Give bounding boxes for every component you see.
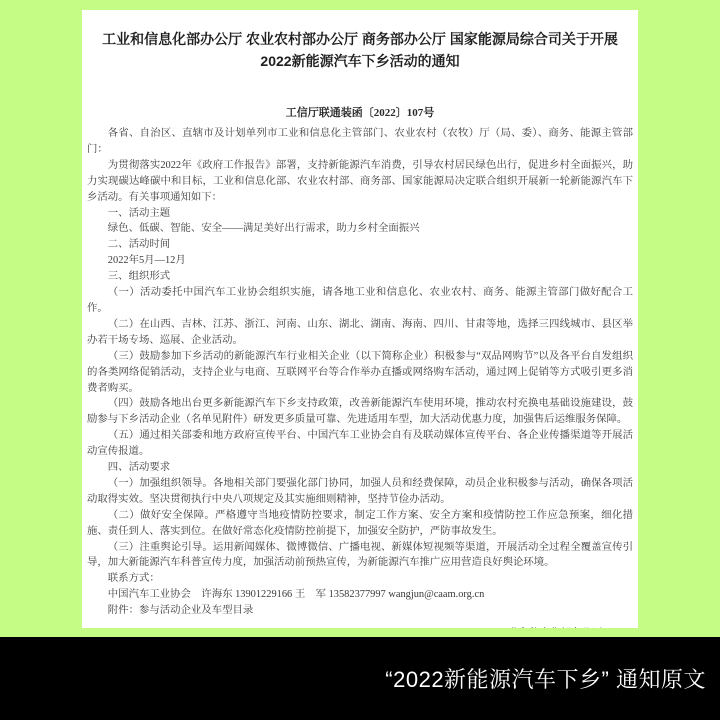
org-item-5: （五）通过相关部委和地方政府宣传平台、中国汽车工业协会自有及联动媒体宣传平台、各…: [87, 428, 633, 460]
theme-paragraph: 绿色、低碳、智能、安全——满足美好出行需求，助力乡村全面振兴: [87, 221, 633, 237]
document-number: 工信厅联通装函〔2022〕107号: [87, 106, 633, 120]
contact-line: 中国汽车工业协会 许海东 13901229166 王 军 13582377997…: [87, 587, 633, 603]
screenshot-root: 工业和信息化部办公厅 农业农村部办公厅 商务部办公厅 国家能源局综合司关于开展 …: [0, 0, 720, 720]
signature-block: 工业和信息化部办公厅 农业农村部办公厅 商务部办公厅 国家能源局综合司 2022…: [87, 626, 633, 628]
section-heading-2: 二、活动时间: [87, 237, 633, 253]
signature-line-1: 工业和信息化部办公厅: [87, 626, 602, 628]
org-item-2: （二）在山西、吉林、江苏、浙江、河南、山东、湖北、湖南、海南、四川、甘肃等地，选…: [87, 317, 633, 349]
notice-document-page: 工业和信息化部办公厅 农业农村部办公厅 商务部办公厅 国家能源局综合司关于开展 …: [82, 10, 638, 628]
requirement-item-3: （三）注重舆论引导。运用新闻媒体、微博微信、广播电视、新媒体短视频等渠道，开展活…: [87, 540, 633, 572]
requirement-item-1: （一）加强组织领导。各地相关部门要强化部门协同，加强人员和经费保障，动员企业积极…: [87, 476, 633, 508]
section-heading-1: 一、活动主题: [87, 206, 633, 222]
document-title-line2: 2022新能源汽车下乡活动的通知: [87, 50, 633, 72]
intro-paragraph: 为贯彻落实2022年《政府工作报告》部署，支持新能源汽车消费，引导农村居民绿色出…: [87, 158, 633, 206]
caption-text: “2022新能源汽车下乡” 通知原文: [385, 663, 706, 694]
document-title-line1: 工业和信息化部办公厅 农业农村部办公厅 商务部办公厅 国家能源局综合司关于开展: [87, 28, 633, 50]
time-paragraph: 2022年5月—12月: [87, 253, 633, 269]
attachment-line: 附件：参与活动企业及车型目录: [87, 603, 633, 619]
section-heading-4: 四、活动要求: [87, 460, 633, 476]
caption-bar: “2022新能源汽车下乡” 通知原文: [0, 637, 720, 720]
contact-heading: 联系方式：: [87, 571, 633, 587]
org-item-4: （四）鼓励各地出台更多新能源汽车下乡支持政策，改善新能源汽车使用环境，推动农村充…: [87, 396, 633, 428]
document-body: 各省、自治区、直辖市及计划单列市工业和信息化主管部门、农业农村（农牧）厅（局、委…: [87, 126, 633, 619]
section-heading-3: 三、组织形式: [87, 269, 633, 285]
salutation-line: 各省、自治区、直辖市及计划单列市工业和信息化主管部门、农业农村（农牧）厅（局、委…: [87, 126, 633, 158]
requirement-item-2: （二）做好安全保障。严格遵守当地疫情防控要求，制定工作方案、安全方案和疫情防控工…: [87, 508, 633, 540]
org-item-3: （三）鼓励参加下乡活动的新能源汽车行业相关企业（以下简称企业）积极参与“双品网购…: [87, 349, 633, 397]
org-item-1: （一）活动委托中国汽车工业协会组织实施，请各地工业和信息化、农业农村、商务、能源…: [87, 285, 633, 317]
document-title: 工业和信息化部办公厅 农业农村部办公厅 商务部办公厅 国家能源局综合司关于开展 …: [87, 28, 633, 72]
